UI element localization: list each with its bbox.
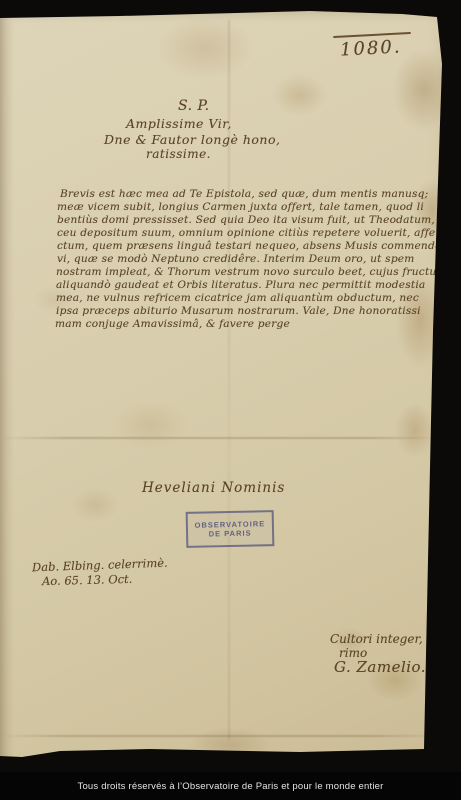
body-line: aliquandò gaudeat et Orbis literatus. Pl… (56, 279, 425, 291)
observatory-stamp: OBSERVATOIRE DE PARIS (186, 510, 275, 548)
dateline-date: Ao. 65. 13. Oct. (42, 572, 133, 588)
body-line: bentiùs domi pressisset. Sed quia Deo it… (57, 214, 448, 226)
body-line: vi, quæ se modò Neptuno credidêre. Inter… (57, 253, 415, 265)
salutation-sp: S. P. (178, 98, 210, 114)
dateline-place: Dab. Elbing. celerrimè. (32, 556, 168, 575)
body-line: mea, ne vulnus refricem cicatrice jam al… (56, 292, 419, 304)
folio-number: 1080. (339, 36, 402, 60)
manuscript-scan: 1080. S. P. Amplissime Vir, Dne & Fautor… (0, 0, 461, 800)
body-line: ceu depositum suum, omnium opinione citi… (57, 227, 435, 239)
horizontal-fold-crease (0, 735, 440, 737)
body-line: nostram impleat, & Thorum vestrum novo s… (56, 266, 436, 278)
signature-name: G. Zamelio. (334, 658, 426, 676)
copyright-text: Tous droits réservés à l’Observatoire de… (78, 781, 384, 792)
salutation-dne-fautor: Dne & Fautor longè hono, (104, 132, 280, 147)
paper-sheet: 1080. S. P. Amplissime Vir, Dne & Fautor… (0, 0, 461, 800)
horizontal-fold-crease (0, 437, 440, 439)
body-line: Brevis est hæc mea ad Te Epistola, sed q… (60, 188, 428, 200)
body-line: ipsa præceps abiturio Musarum nostrarum.… (56, 305, 421, 317)
salutation-ratissime: ratissime. (146, 147, 211, 161)
body-line: mam conjuge Amavissimâ, & favere perge (55, 318, 290, 330)
stamp-line-de-paris: DE PARIS (209, 529, 252, 539)
signature-line-1: Cultori integer, (330, 632, 423, 646)
copyright-footer-bar: Tous droits réservés à l’Observatoire de… (0, 772, 461, 800)
body-line: ctum, quem præsens linguâ testari nequeo… (57, 240, 441, 252)
heveliani-nominis-line: Heveliani Nominis (142, 480, 285, 496)
body-line: meæ vicem subit, longius Carmen juxta of… (57, 201, 424, 213)
salutation-amplissime: Amplissime Vir, (126, 116, 232, 131)
